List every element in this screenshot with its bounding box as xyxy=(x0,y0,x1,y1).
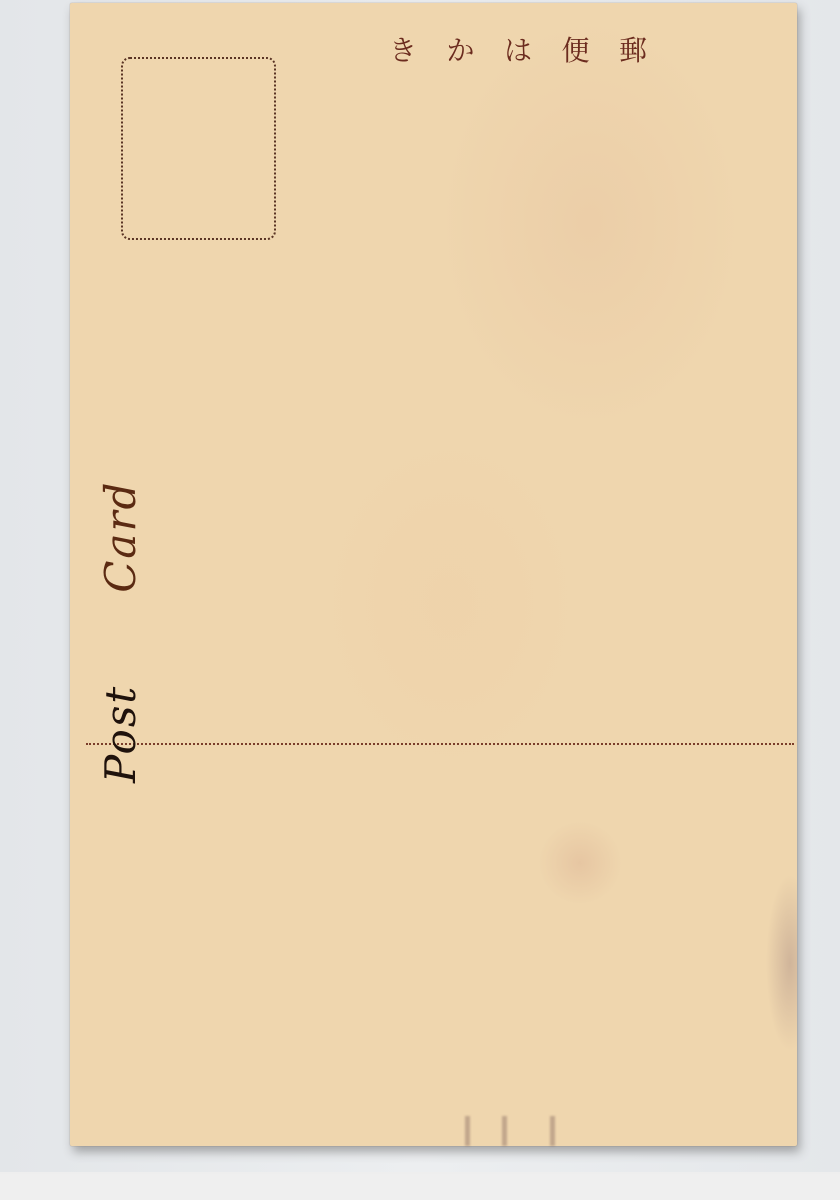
header-char: き xyxy=(383,31,423,71)
header-char: 便 xyxy=(556,31,596,71)
postcard: き か は 便 郵 xyxy=(70,3,797,1146)
handwritten-post-card-label: PostCard xyxy=(96,481,145,783)
bottom-strip xyxy=(0,1174,840,1200)
edge-wear xyxy=(502,1116,507,1146)
edge-wear xyxy=(465,1116,470,1146)
postcard-header-text: き か は 便 郵 xyxy=(383,31,653,71)
header-char: は xyxy=(498,31,538,71)
handwritten-word-card: Card xyxy=(96,481,145,593)
edge-wear xyxy=(550,1116,555,1146)
address-divider-line xyxy=(86,743,794,745)
stamp-placement-box xyxy=(121,57,276,240)
handwritten-word-post: Post xyxy=(96,685,145,783)
header-char: 郵 xyxy=(613,31,653,71)
header-char: か xyxy=(441,31,481,71)
